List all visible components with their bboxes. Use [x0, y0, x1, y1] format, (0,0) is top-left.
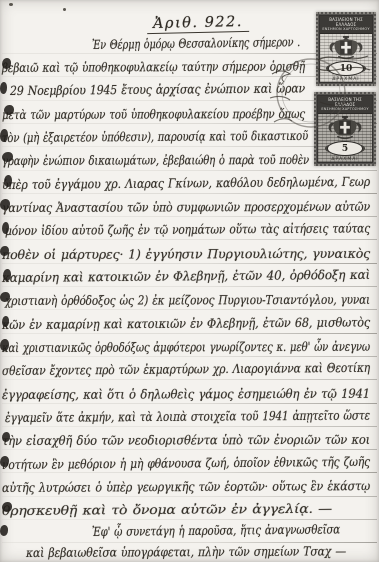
stamp-header: ΒΑΣΙΛΕΙΟΝ ΤΗΣ ΕΛΛΑΔΟΣ ΕΝΣΗΜΟΝ ΧΑΡΤΟΣΗΜΟΥ	[318, 96, 372, 114]
manuscript-line: βεβαιῶ καὶ τῷ ὑποθηκοφυλακείῳ ταύτην σήμ…	[2, 58, 305, 75]
manuscript-line: καὶ χριστιανικῶς ὀρθοδόξως ἀμφότεροι γνω…	[2, 339, 370, 355]
ink-blot	[4, 105, 14, 115]
revenue-stamp-5dr: ΒΑΣΙΛΕΙΟΝ ΤΗΣ ΕΛΛΑΔΟΣ ΕΝΣΗΜΟΝ ΧΑΡΤΟΣΗΜΟΥ…	[314, 92, 376, 166]
manuscript-line: Ἐφ' ᾧ συνετάγη ἡ παροῦσα, ἥτις ἀναγνωσθε…	[92, 521, 340, 539]
stamp-country-label: ΒΑΣΙΛΕΙΟΝ ΤΗΣ ΕΛΛΑΔΟΣ	[318, 97, 372, 107]
ink-blot	[2, 58, 11, 69]
ink-blot	[0, 525, 8, 536]
scanned-document-page: Ἀριθ. 922. Ἐν Θέρμῃ ὁμόρῳ Θεσσαλονίκης σ…	[0, 0, 379, 562]
ruled-line	[2, 496, 377, 497]
ruled-line	[2, 379, 377, 380]
ink-blot	[0, 456, 9, 467]
ink-blot	[2, 502, 12, 512]
ink-blot	[0, 129, 8, 142]
ruled-line	[2, 356, 377, 357]
stamp-value: 10	[328, 61, 364, 76]
ink-blot	[2, 222, 9, 234]
stamp-country-label: ΒΑΣΙΛΕΙΟΝ ΤΗΣ ΕΛΛΑΔΟΣ	[320, 17, 372, 27]
manuscript-line: κῶν ἐν καμαρίνῃ καὶ κατοικιῶν ἐν Φλεβηνῇ…	[2, 314, 370, 332]
stamp-value: 5	[327, 141, 363, 156]
stamp-currency-label: ΔΡΑΧΜΑΙ	[331, 157, 358, 162]
manuscript-line: σθεῖσαν ἔχοντες πρὸ τῶν ἐκμαρτύρων χρ. Λ…	[2, 360, 370, 378]
ruled-line	[2, 193, 377, 194]
manuscript-line: γραφὴν ἐνώπιον δικαιωμάτων, ἐβεβαιώθη ὁ …	[2, 152, 309, 168]
manuscript-line: γαντίνας Ἀναστασίου τῶν ὑπὸ συμφωνιῶν πρ…	[2, 199, 370, 215]
document-number-heading: Ἀριθ. 922.	[147, 14, 249, 34]
coat-of-arms-icon	[326, 35, 366, 60]
ruled-line	[2, 239, 377, 240]
ruled-line	[2, 263, 377, 264]
paper-speck	[63, 8, 66, 11]
manuscript-line: 29 Νοεμβρίου 1945 ἔτους ἀρχίσας ἐνώπιον …	[10, 80, 305, 98]
manuscript-line: ἐγγαμεῖν ἅτε ἀκμήν, καὶ τὰ λοιπὰ στοιχεῖ…	[5, 407, 370, 425]
stamp-header: ΒΑΣΙΛΕΙΟΝ ΤΗΣ ΕΛΛΑΔΟΣ ΕΝΣΗΜΟΝ ΧΑΡΤΟΣΗΜΟΥ	[320, 16, 372, 34]
manuscript-line: μόνον ἰδίου αὐτοῦ ζωῆς ἐν τῷ νοημάτων οὕ…	[5, 220, 370, 238]
ruled-line	[2, 170, 377, 171]
paper-speck	[9, 3, 13, 6]
ruled-line	[2, 426, 377, 427]
ruled-line	[2, 309, 377, 310]
ruled-line	[2, 286, 377, 287]
ink-blot	[3, 269, 11, 281]
manuscript-line: ἐγγραφείσης, καὶ ὅτι ὁ δηλωθεὶς γάμος ἐσ…	[2, 386, 370, 402]
manuscript-line: θρησκευθῇ καὶ τὸ ὄνομα αὐτῶν ἐν ἀγγελίᾳ.…	[2, 501, 332, 518]
ink-blot	[4, 175, 12, 187]
stamp-currency-label: ΔΡΑΧΜΑΙ	[332, 77, 359, 82]
ink-blot	[0, 339, 9, 351]
ink-blot	[0, 199, 10, 210]
ruled-line	[2, 519, 377, 520]
ruled-line	[2, 403, 377, 404]
manuscript-line: τὸν (μὴ ἐξαιρετέον ὑπόθεσιν), παρουσίᾳ κ…	[2, 128, 308, 145]
ink-blot	[0, 292, 10, 302]
ruled-line	[2, 449, 377, 450]
manuscript-line: καὶ βεβαιωθεῖσα ὑπογράφεται, πλὴν τῶν ση…	[26, 543, 346, 560]
coat-of-arms-icon	[325, 115, 365, 140]
stamp-subtitle-label: ΕΝΣΗΜΟΝ ΧΑΡΤΟΣΗΜΟΥ	[318, 107, 372, 112]
ruled-line	[2, 472, 377, 473]
manuscript-line: μετὰ τῶν μαρτύρων τοῦ ὑποθηκοφυλακείου π…	[2, 106, 305, 122]
ink-blot	[0, 246, 9, 256]
manuscript-line: χριστιανὴ ὀρθόδοξος ὡς 2) ἐκ μείζονος Πυ…	[5, 292, 370, 308]
ink-blot	[2, 316, 9, 327]
ruled-line	[2, 333, 377, 334]
manuscript-line: νοτήτων ἓν μεθόριον ἡ μὴ φθάνουσα ζωή, ὁ…	[2, 454, 370, 472]
ink-blot	[2, 152, 13, 162]
manuscript-line: ποθὲν οἱ μάρτυρες· 1) ἐγγύησιν Πυργιουλι…	[2, 246, 370, 262]
manuscript-line: αὐτῆς λυτρώσει ὁ ὑπὲρ γεωργικῆς τῶν ἑορτ…	[2, 478, 370, 495]
manuscript-line: τὴν εἰσαχθῆ δύο τῶν νεοδιορισθέντα ὑπὸ τ…	[2, 432, 370, 448]
ruled-line	[2, 216, 377, 217]
ink-blot	[0, 82, 7, 94]
ink-blot	[2, 432, 10, 442]
stamp-subtitle-label: ΕΝΣΗΜΟΝ ΧΑΡΤΟΣΗΜΟΥ	[320, 27, 372, 32]
manuscript-line: Ἐν Θέρμῃ ὁμόρῳ Θεσσαλονίκης σήμερον .	[92, 34, 300, 52]
manuscript-line: ὑπὲρ τοῦ ἐγγάμου χρ. Λιαρας Γκίνων, καθό…	[2, 174, 370, 192]
manuscript-line: καμαρίνη καὶ κατοικιῶν ἐν Φλεβηνῇ, ἐτῶν …	[2, 267, 370, 285]
revenue-stamp-10dr: ΒΑΣΙΛΕΙΟΝ ΤΗΣ ΕΛΛΑΔΟΣ ΕΝΣΗΜΟΝ ΧΑΡΤΟΣΗΜΟΥ…	[316, 12, 376, 86]
